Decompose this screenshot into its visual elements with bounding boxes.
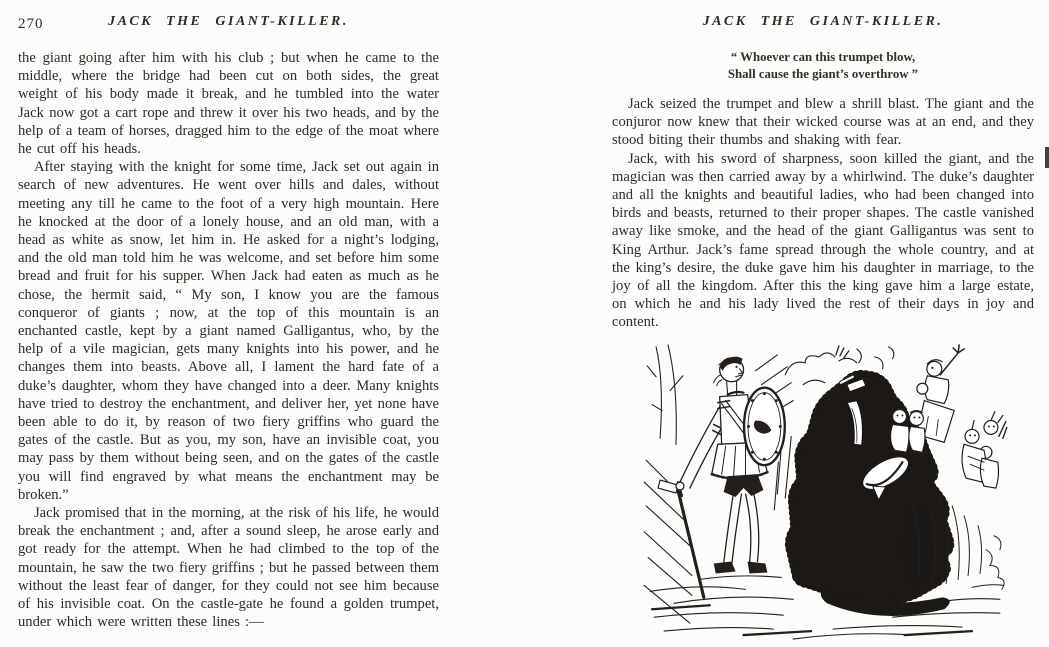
paragraph: Jack promised that in the morning, at th… — [18, 504, 439, 631]
paragraph: Jack seized the trumpet and blew a shril… — [612, 95, 1034, 150]
left-page: 270 JACK THE GIANT-KILLER. the giant goi… — [18, 14, 439, 632]
paragraph: Jack, with his sword of sharpness, soon … — [612, 150, 1034, 332]
paragraph: After staying with the knight for some t… — [18, 158, 439, 504]
right-page: JACK THE GIANT-KILLER. “ Whoever can thi… — [612, 14, 1034, 647]
running-head-left: JACK THE GIANT-KILLER. — [18, 14, 439, 30]
paragraph: the giant going after him with his club … — [18, 49, 439, 158]
book-spread: 270 JACK THE GIANT-KILLER. the giant goi… — [0, 0, 1049, 647]
left-page-body: the giant going after him with his club … — [18, 49, 439, 632]
scan-edge-mark — [1045, 147, 1049, 168]
trumpet-verse: “ Whoever can this trumpet blow, Shall c… — [612, 49, 1034, 82]
page-number: 270 — [18, 16, 44, 33]
engraving-svg — [643, 341, 1008, 647]
left-page-header: 270 JACK THE GIANT-KILLER. — [18, 14, 439, 34]
right-page-body: Jack seized the trumpet and blew a shril… — [612, 95, 1034, 332]
right-page-header: JACK THE GIANT-KILLER. — [612, 14, 1034, 34]
verse-line: “ Whoever can this trumpet blow, — [612, 49, 1034, 66]
verse-line: Shall cause the giant’s overthrow ” — [612, 66, 1034, 83]
illustration-jack-and-giant — [643, 341, 1008, 647]
running-head-right: JACK THE GIANT-KILLER. — [612, 14, 1034, 30]
